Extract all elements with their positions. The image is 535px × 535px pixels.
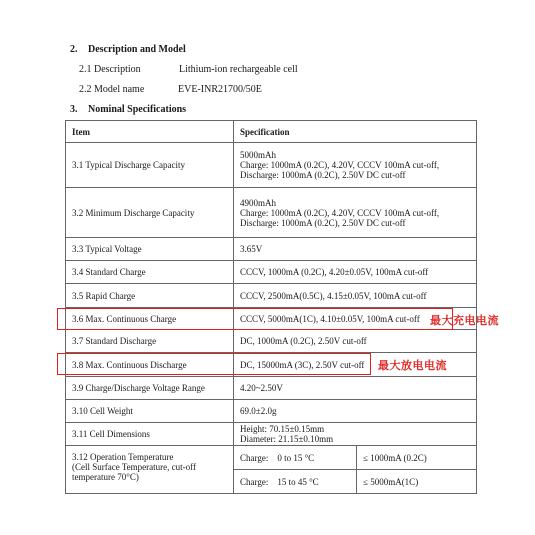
header-item: Item [66, 121, 234, 143]
table-header: Item Specification [66, 121, 477, 143]
model-name-value: EVE-INR21700/50E [178, 84, 262, 95]
table-row: 3.1 Typical Discharge Capacity 5000mAhCh… [66, 143, 477, 188]
description-label: 2.1 Description [79, 64, 141, 75]
table-row: 3.5 Rapid Charge CCCV, 2500mA(0.5C), 4.1… [66, 284, 477, 308]
spec-table: Item Specification 3.1 Typical Discharge… [65, 120, 477, 494]
table-row: 3.9 Charge/Discharge Voltage Range 4.20~… [66, 377, 477, 400]
table-row: 3.12 Operation Temperature(Cell Surface … [66, 446, 477, 470]
section-2-title: 2.Description and Model [70, 44, 186, 55]
section-3-title: 3.Nominal Specifications [70, 104, 186, 115]
header-specification: Specification [234, 121, 477, 143]
table-row: 3.3 Typical Voltage 3.65V [66, 238, 477, 261]
description-row: 2.1 Description Lithium-ion rechargeable… [79, 64, 479, 78]
table-row: 3.4 Standard Charge CCCV, 1000mA (0.2C),… [66, 261, 477, 284]
table-row: 3.10 Cell Weight 69.0±2.0g [66, 400, 477, 423]
max-discharge-annotation: 最大放电电流 [378, 357, 447, 373]
max-discharge-highlight-box [57, 353, 371, 375]
model-name-row: 2.2 Model name EVE-INR21700/50E [79, 84, 479, 98]
max-charge-highlight-box [57, 308, 453, 330]
model-name-label: 2.2 Model name [79, 84, 144, 95]
table-row: 3.11 Cell Dimensions Height: 70.15±0.15m… [66, 423, 477, 446]
table-row: 3.2 Minimum Discharge Capacity 4900mAhCh… [66, 188, 477, 238]
max-charge-annotation: 最大充电电流 [430, 312, 499, 328]
table-row: 3.7 Standard Discharge DC, 1000mA (0.2C)… [66, 330, 477, 353]
description-value: Lithium-ion rechargeable cell [179, 64, 298, 75]
